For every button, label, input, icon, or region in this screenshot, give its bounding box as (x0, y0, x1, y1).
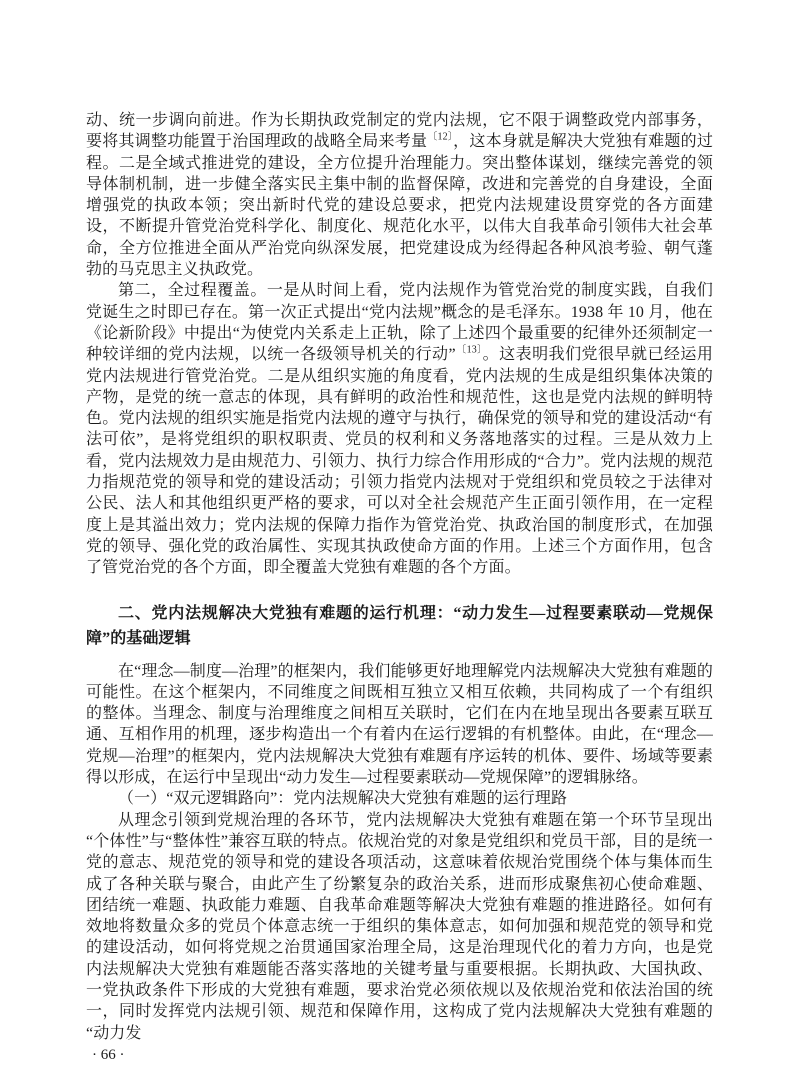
paragraph: 在“理念—制度—治理”的框架内，我们能够更好地理解党内法规解决大党独有难题的可能… (86, 661, 713, 789)
footnote-reference: 〔13〕 (456, 345, 483, 356)
document-page: 动、统一步调向前进。作为长期执政党制定的党内法规，它不限于调整政党内部事务，要将… (0, 0, 793, 1077)
paragraph: 动、统一步调向前进。作为长期执政党制定的党内法规，它不限于调整政党内部事务，要将… (86, 110, 713, 280)
sub-section-heading: （一）“双元逻辑路向”：党内法规解决大党独有难题的运行理路 (86, 788, 713, 809)
footnote-reference: 〔12〕 (427, 132, 453, 143)
page-body: 动、统一步调向前进。作为长期执政党制定的党内法规，它不限于调整政党内部事务，要将… (86, 110, 713, 1066)
page-number: · 66 · (86, 1045, 713, 1066)
paragraphs-container: 动、统一步调向前进。作为长期执政党制定的党内法规，它不限于调整政党内部事务，要将… (86, 110, 713, 1044)
paragraph: 从理念引领到党规治理的各环节，党内法规解决大党独有难题在第一个环节呈现出“个体性… (86, 810, 713, 1044)
section-heading: 二、党内法规解决大党独有难题的运行机理：“动力发生—过程要素联动—党规保障”的基… (86, 601, 713, 651)
paragraph: 第二，全过程覆盖。一是从时间上看，党内法规作为管党治党的制度实践，自我们党诞生之… (86, 280, 713, 578)
